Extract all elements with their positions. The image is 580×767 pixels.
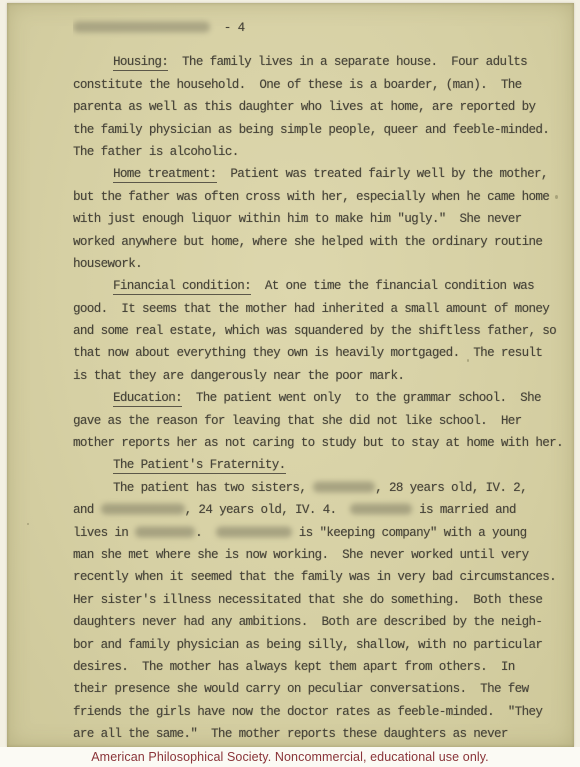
typed-line: the family physician as being simple peo…: [73, 119, 568, 141]
typed-text: recently when it seemed that the family …: [73, 570, 556, 584]
typed-line: recently when it seemed that the family …: [73, 566, 568, 588]
typed-line: their presence she would carry on peculi…: [73, 678, 568, 700]
typed-text: constitute the household. One of these i…: [73, 78, 522, 92]
footer-credit-text: American Philosophical Society. Noncomme…: [91, 750, 489, 764]
typed-line: gave as the reason for leaving that she …: [73, 410, 568, 432]
typed-text: , 28 years old, IV. 2,: [375, 481, 527, 495]
typed-text: is married and: [412, 503, 516, 517]
typed-line: but the father was often cross with her,…: [73, 186, 568, 208]
typed-line: friends the girls have now the doctor ra…: [73, 701, 568, 723]
paper-speck: [27, 523, 29, 525]
typed-text: mother reports her as not caring to stud…: [73, 436, 563, 450]
footer-credit-bar: American Philosophical Society. Noncomme…: [0, 747, 580, 767]
document-body: - 4Housing: The family lives in a separa…: [73, 17, 568, 747]
typed-text: , 24 years old, IV. 4.: [185, 503, 351, 517]
typed-line: Housing: The family lives in a separate …: [73, 51, 568, 73]
typed-line: lives in . is "keeping company" with a y…: [73, 522, 568, 544]
typed-text: the family physician as being simple peo…: [73, 123, 549, 137]
typed-text: friends the girls have now the doctor ra…: [73, 705, 542, 719]
typed-text: .: [195, 526, 216, 540]
typed-text: that now about everything they own is he…: [73, 346, 542, 360]
redacted-name: [313, 481, 375, 492]
typed-line: constitute the household. One of these i…: [73, 74, 568, 96]
typed-line: Home treatment: Patient was treated fair…: [73, 163, 568, 185]
typed-text: housework.: [73, 257, 142, 271]
typed-line: Education: The patient went only to the …: [73, 387, 568, 409]
typed-line: parenta as well as this daughter who liv…: [73, 96, 568, 118]
section-heading: The Patient's Fraternity.: [113, 458, 286, 474]
typed-line: The father is alcoholic.: [73, 141, 568, 163]
redacted-name: [135, 526, 195, 537]
scanned-document: - 4Housing: The family lives in a separa…: [0, 0, 580, 767]
typed-line: worked anywhere but home, where she help…: [73, 231, 568, 253]
section-heading: Home treatment:: [113, 167, 217, 183]
typed-text: The patient has two sisters,: [113, 481, 313, 495]
typed-line: is that they are dangerously near the po…: [73, 365, 568, 387]
page-header-line: - 4: [73, 17, 568, 39]
typed-text: The father is alcoholic.: [73, 145, 239, 159]
typed-text: their presence she would carry on peculi…: [73, 682, 528, 696]
typed-text: daughters never had any ambitions. Both …: [73, 615, 542, 629]
redacted-name: [216, 526, 292, 537]
typed-text: Her sister's illness necessitated that s…: [73, 593, 542, 607]
redacted-name: [101, 504, 185, 515]
typed-text: is that they are dangerously near the po…: [73, 369, 404, 383]
redacted-name: [350, 504, 412, 515]
typed-text: lives in: [73, 526, 135, 540]
section-heading: Education:: [113, 391, 182, 407]
typed-text: At one time the financial condition was: [251, 279, 534, 293]
typed-line: housework.: [73, 253, 568, 275]
typed-text: worked anywhere but home, where she help…: [73, 235, 542, 249]
typed-text: gave as the reason for leaving that she …: [73, 414, 522, 428]
typed-line: and , 24 years old, IV. 4. is married an…: [73, 499, 568, 521]
section-heading: Financial condition:: [113, 279, 251, 295]
typed-text: man she met where she is now working. Sh…: [73, 548, 528, 562]
typed-text: parenta as well as this daughter who liv…: [73, 100, 535, 114]
typed-text: are all the same." The mother reports th…: [73, 727, 508, 741]
typed-line: daughters never had any ambitions. Both …: [73, 611, 568, 633]
typed-line: desires. The mother has always kept them…: [73, 656, 568, 678]
typed-line: that now about everything they own is he…: [73, 342, 568, 364]
typed-text: and: [73, 503, 101, 517]
typed-line: mother reports her as not caring to stud…: [73, 432, 568, 454]
typed-line: with just enough liquor within him to ma…: [73, 208, 568, 230]
typewritten-page: - 4Housing: The family lives in a separa…: [7, 3, 574, 747]
typed-text: - 4: [210, 21, 245, 35]
typed-text: but the father was often cross with her,…: [73, 190, 549, 204]
typed-text: Patient was treated fairly well by the m…: [217, 167, 548, 181]
typed-text: desires. The mother has always kept them…: [73, 660, 515, 674]
typed-text: is "keeping company" with a young: [292, 526, 527, 540]
typed-line: are all the same." The mother reports th…: [73, 723, 568, 745]
typed-line: and some real estate, which was squander…: [73, 320, 568, 342]
typed-line: The Patient's Fraternity.: [73, 454, 568, 476]
typed-text: with just enough liquor within him to ma…: [73, 212, 522, 226]
typed-text: bor and family physician as being silly,…: [73, 638, 542, 652]
typed-line: good. It seems that the mother had inher…: [73, 298, 568, 320]
typed-line: bor and family physician as being silly,…: [73, 634, 568, 656]
redacted-name: [73, 22, 210, 33]
typed-line: Her sister's illness necessitated that s…: [73, 589, 568, 611]
typed-text: and some real estate, which was squander…: [73, 324, 556, 338]
typed-text: The family lives in a separate house. Fo…: [168, 55, 527, 69]
typed-text: The patient went only to the grammar sch…: [182, 391, 541, 405]
typed-text: good. It seems that the mother had inher…: [73, 302, 549, 316]
section-heading: Housing:: [113, 55, 168, 71]
typed-line: Financial condition: At one time the fin…: [73, 275, 568, 297]
typed-line: The patient has two sisters, , 28 years …: [73, 477, 568, 499]
typed-line: man she met where she is now working. Sh…: [73, 544, 568, 566]
